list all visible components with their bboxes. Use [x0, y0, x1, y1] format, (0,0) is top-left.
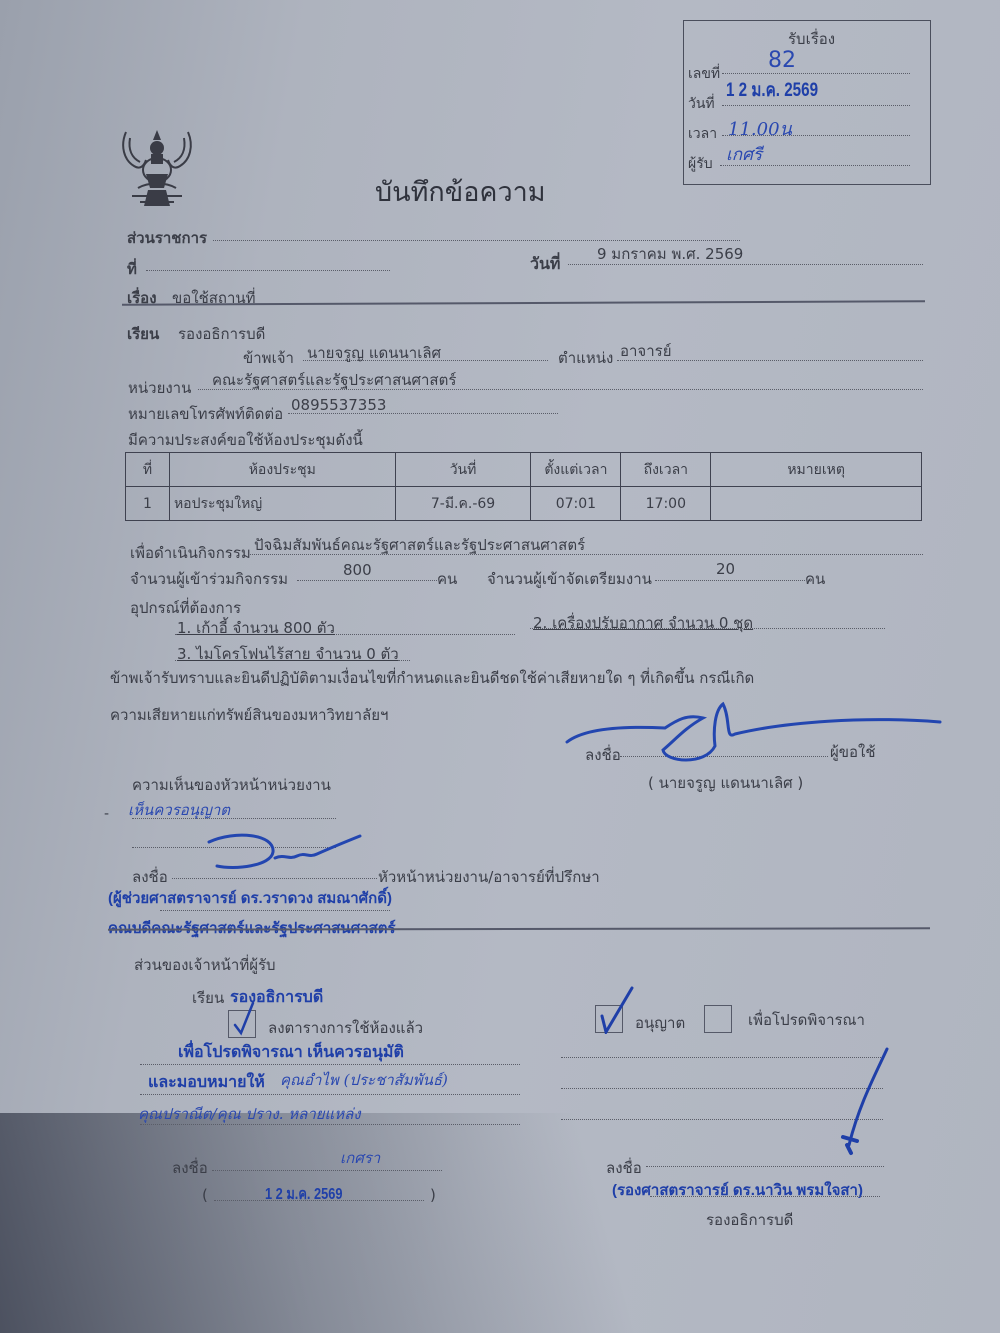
approve-label: อนุญาต: [635, 1011, 685, 1035]
to-value: รองอธิการบดี: [178, 322, 265, 346]
section-rule: [108, 927, 930, 930]
approver-signature: [835, 1045, 895, 1155]
stamp-receiver-value: เกศรี: [726, 141, 762, 168]
unit-label: หน่วยงาน: [128, 376, 191, 400]
table-row: 1 หอประชุมใหญ่ 7-มี.ค.-69 07:01 17:00: [126, 487, 922, 521]
officer-signature: เกศรา: [340, 1146, 380, 1170]
cell-room: หอประชุมใหญ่: [169, 487, 395, 521]
requester-name: ( นายจรูญ แดนนาเลิศ ): [648, 771, 803, 795]
room-booking-table: ที่ ห้องประชุม วันที่ ตั้งแต่เวลา ถึงเวล…: [125, 452, 922, 521]
equipment-item-3: 3. ไมโครโฟนไร้สาย จำนวน 0 ตัว: [177, 642, 399, 666]
page-title: บันทึกข้อความ: [375, 170, 546, 213]
cell-note: [711, 487, 922, 521]
cell-end: 17:00: [621, 487, 711, 521]
staff-value: 20: [716, 560, 735, 578]
officer-sign-label: ลงชื่อ: [172, 1156, 208, 1180]
scheduled-checkbox[interactable]: [228, 1010, 256, 1038]
consider-checkbox[interactable]: [704, 1005, 732, 1033]
officer-date-stamp: 1 2 ม.ค. 2569: [265, 1182, 343, 1207]
agency-label: ส่วนราชการ: [127, 226, 207, 250]
position-value: อาจารย์: [620, 339, 672, 363]
garuda-emblem-icon: [118, 126, 196, 208]
officer-note-line-2-stamp: และมอบหมายให้: [148, 1070, 265, 1095]
receipt-stamp: รับเรื่อง เลขที่ 82 วันที่ 1 2 ม.ค. 2569…: [683, 20, 931, 185]
checkmark-icon: [231, 1001, 257, 1037]
equipment-item-2: 2. เครื่องปรับอากาศ จำนวน 0 ชุด: [533, 611, 753, 635]
officer-note-line-3-hand: คุณปราณีต/คุณ ปราง. หลายแหล่ง: [138, 1102, 361, 1126]
stamp-date-value: 1 2 ม.ค. 2569: [726, 75, 818, 105]
checkmark-icon: [598, 986, 634, 1034]
participants-unit: คน: [437, 567, 457, 591]
activity-value: ปัจฉิมสัมพันธ์คณะรัฐศาสตร์และรัฐประศาสนศ…: [254, 533, 585, 557]
date-label: วันที่: [530, 252, 560, 277]
date-value: 9 มกราคม พ.ศ. 2569: [597, 242, 743, 266]
officer-date-open-paren: (: [202, 1186, 208, 1204]
col-header-start: ตั้งแต่เวลา: [531, 453, 621, 487]
requester-signature: [565, 700, 945, 770]
col-header-end: ถึงเวลา: [621, 453, 711, 487]
col-header-date: วันที่: [395, 453, 531, 487]
unit-head-role: หัวหน้าหน่วยงาน/อาจารย์ที่ปรึกษา: [378, 865, 600, 889]
col-header-room: ห้องประชุม: [169, 453, 395, 487]
stamp-receiver-label: ผู้รับ: [688, 153, 713, 175]
to-label: เรียน: [127, 322, 159, 346]
officer-note-line-1: เพื่อโปรดพิจารณา เห็นควรอนุมัติ: [178, 1040, 404, 1065]
col-header-note: หมายเหตุ: [711, 453, 922, 487]
phone-label: หมายเลขโทรศัพท์ติดต่อ: [128, 402, 283, 426]
acknowledgement-line-1: ข้าพเจ้ารับทราบและยินดีปฏิบัติตามเงื่อนไ…: [110, 666, 754, 690]
stamp-time-label: เวลา: [688, 123, 717, 145]
ref-label: ที่: [127, 257, 137, 281]
cell-no: 1: [126, 487, 170, 521]
equipment-item-1: 1. เก้าอี้ จำนวน 800 ตัว: [177, 616, 335, 640]
stamp-date-label: วันที่: [688, 93, 715, 115]
acknowledgement-line-2: ความเสียหายแก่ทรัพย์สินของมหาวิทยาลัยฯ: [110, 703, 388, 727]
participants-value: 800: [343, 561, 372, 579]
requester-value: นายจรูญ แดนนาเลิศ: [307, 341, 441, 365]
unit-value: คณะรัฐศาสตร์และรัฐประศาสนศาสตร์: [212, 368, 456, 392]
purpose-intro: มีความประสงค์ขอใช้ห้องประชุมดังนี้: [128, 428, 363, 452]
position-label: ตำแหน่ง: [558, 346, 613, 370]
participants-label: จำนวนผู้เข้าร่วมกิจกรรม: [130, 567, 288, 591]
stamp-time-value: 11.00น: [728, 114, 792, 143]
unit-head-opinion-label: ความเห็นของหัวหน้าหน่วยงาน: [132, 773, 331, 797]
subject-label: เรื่อง: [127, 286, 157, 310]
approver-sign-label: ลงชื่อ: [606, 1156, 642, 1180]
agency-field: [213, 240, 740, 241]
unit-head-signature: [205, 832, 365, 880]
unit-head-name-stamp: (ผู้ช่วยศาสตราจารย์ ดร.วราดวง สมณาศักดิ์…: [108, 886, 392, 910]
consider-label: เพื่อโปรดพิจารณา: [748, 1008, 865, 1032]
officer-section-title: ส่วนของเจ้าหน้าที่ผู้รับ: [134, 953, 276, 977]
approver-name-stamp: (รองศาสตราจารย์ ดร.นาวิน พรมใจสา): [612, 1178, 863, 1202]
cell-date: 7-มี.ค.-69: [395, 487, 531, 521]
cell-start: 07:01: [531, 487, 621, 521]
activity-label: เพื่อดำเนินกิจกรรม: [130, 541, 251, 565]
officer-date-close-paren: ): [430, 1186, 436, 1204]
officer-note-line-2-hand: คุณอำไพ (ประชาสัมพันธ์): [280, 1068, 448, 1092]
stamp-number-label: เลขที่: [688, 63, 720, 85]
ref-field: [146, 270, 390, 271]
col-header-no: ที่: [126, 453, 170, 487]
approver-position: รองอธิการบดี: [706, 1208, 793, 1232]
stamp-number-value: 82: [768, 48, 796, 73]
requester-label: ข้าพเจ้า: [243, 346, 294, 370]
scheduled-label: ลงตารางการใช้ห้องแล้ว: [268, 1016, 423, 1040]
subject-value: ขอใช้สถานที่: [172, 286, 256, 310]
table-header-row: ที่ ห้องประชุม วันที่ ตั้งแต่เวลา ถึงเวล…: [126, 453, 922, 487]
approve-checkbox[interactable]: [595, 1005, 623, 1033]
staff-unit: คน: [805, 567, 825, 591]
officer-to-label: เรียน: [192, 986, 224, 1010]
staff-label: จำนวนผู้เข้าจัดเตรียมงาน: [487, 567, 652, 591]
phone-value: 0895537353: [291, 396, 386, 414]
